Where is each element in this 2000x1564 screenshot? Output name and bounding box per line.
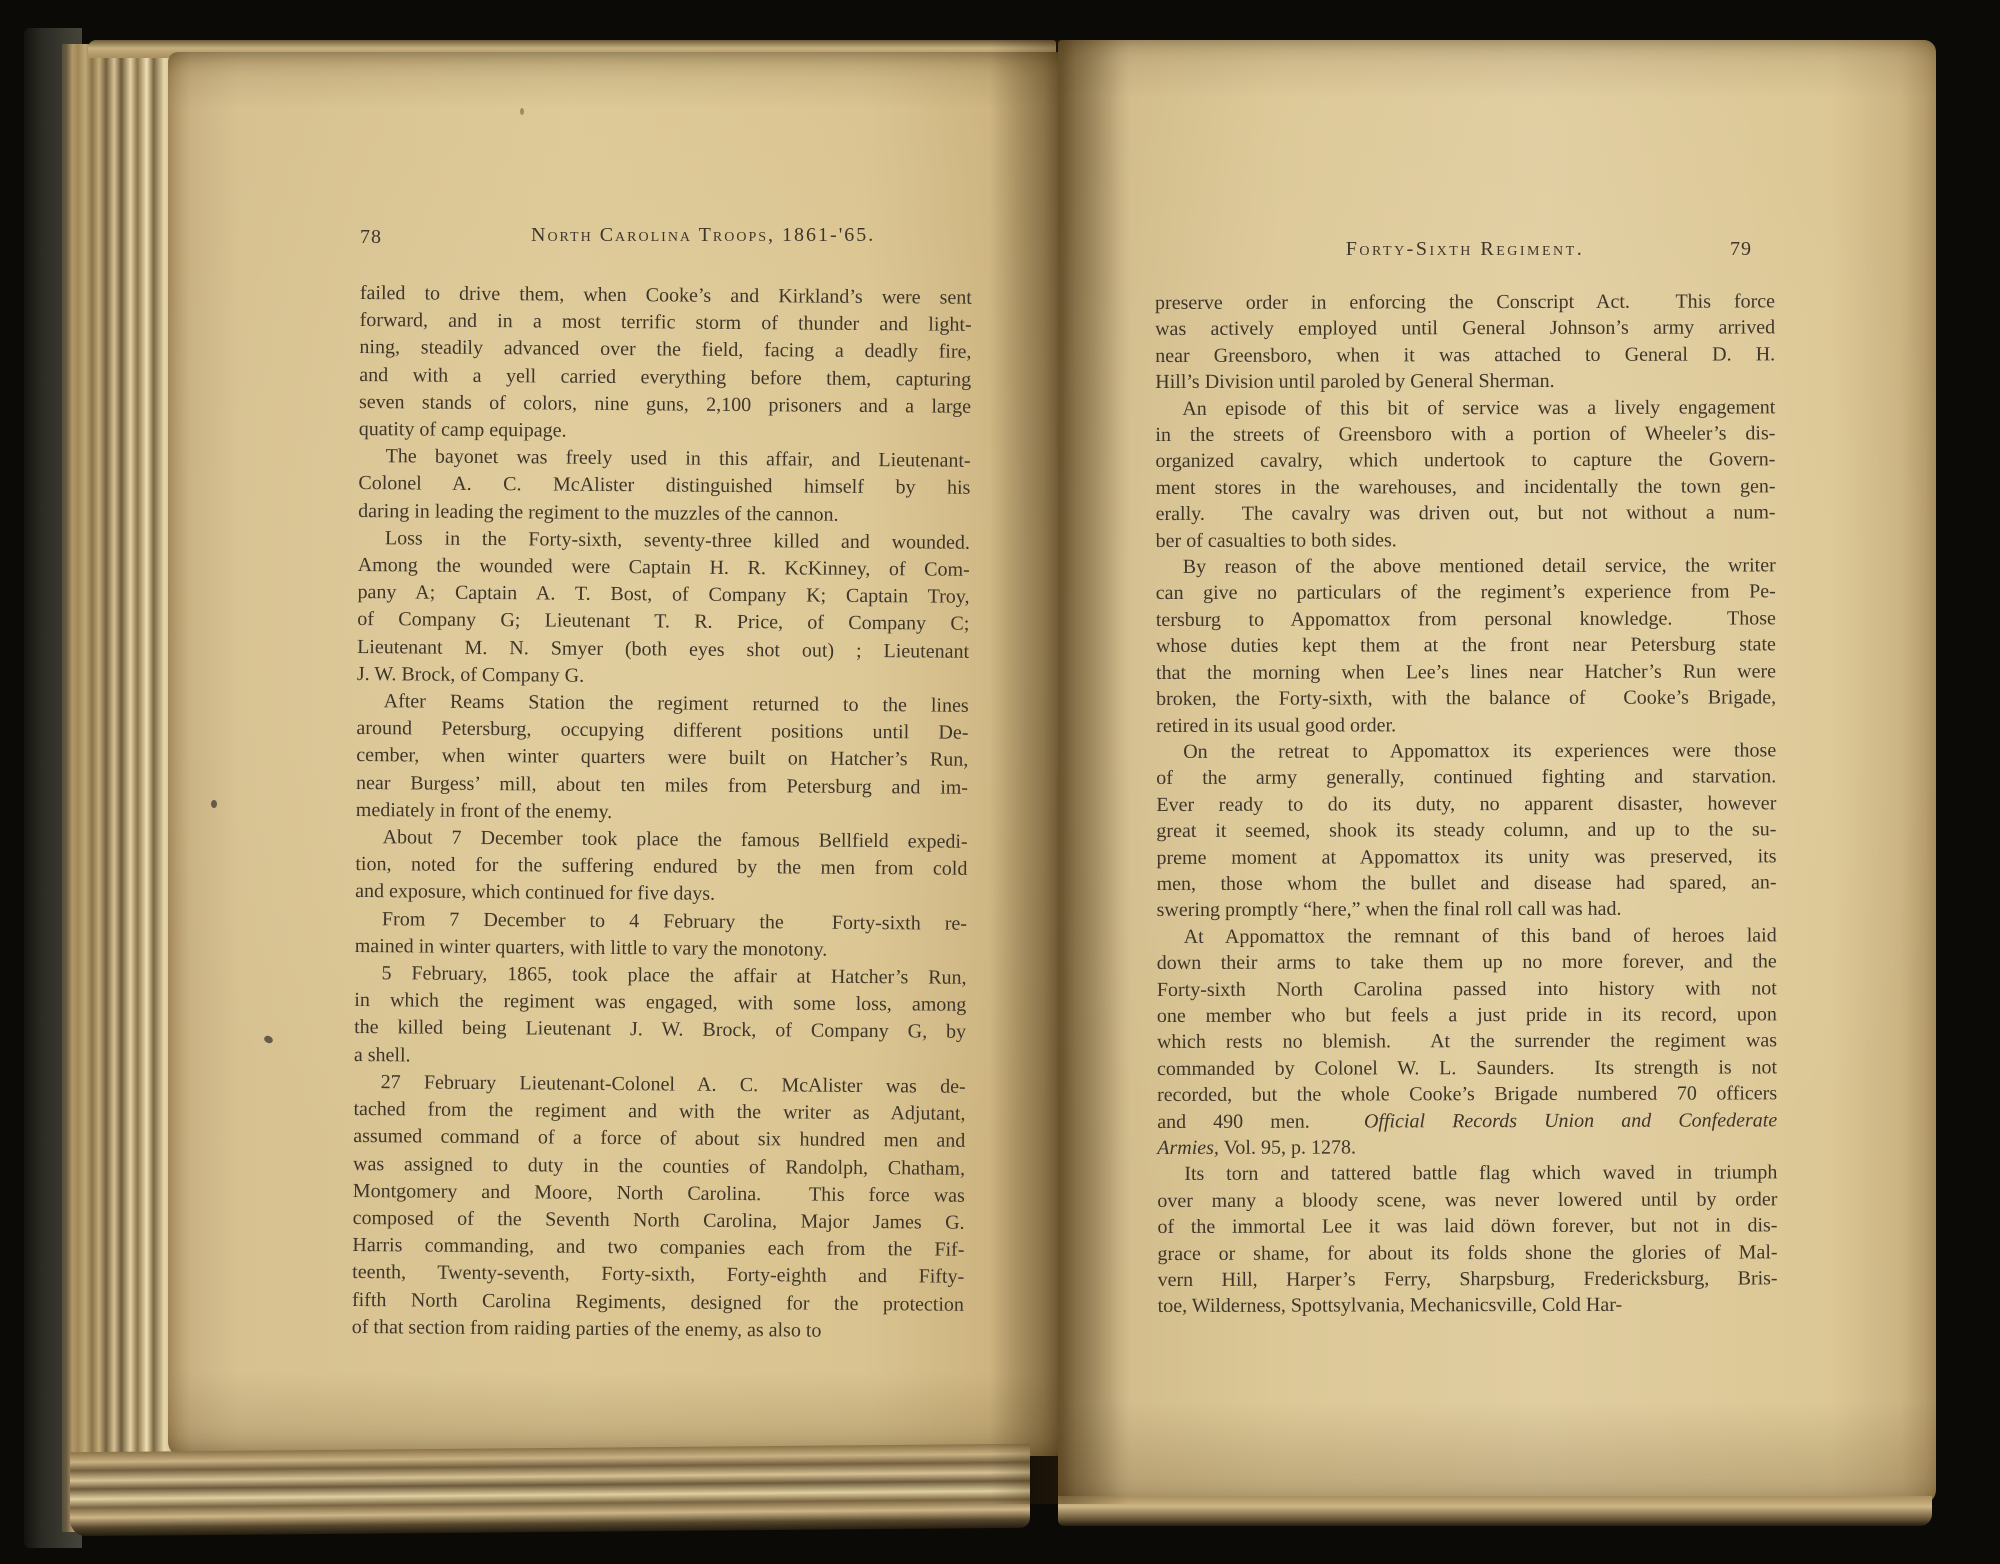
left-running-head: North Carolina Troops, 1861-'65. bbox=[531, 224, 875, 247]
text-line: in the streets of Greensboro with a port… bbox=[1155, 420, 1775, 448]
page-bottom-edge-right bbox=[1058, 1496, 1932, 1526]
paragraph: About 7 December took place the famous B… bbox=[355, 824, 968, 910]
text-line: tersburg to Appomattox from personal kno… bbox=[1156, 605, 1776, 633]
text-line: of Company G; Lieutenant T. R. Price, of… bbox=[357, 606, 969, 638]
ink-speck bbox=[211, 800, 217, 808]
text-line: one member who but feels a just pride in… bbox=[1157, 1001, 1777, 1029]
left-page-number: 78 bbox=[360, 226, 382, 249]
stacked-page-bottom-edges-left bbox=[70, 1444, 1030, 1536]
paragraph: An episode of this bit of service was a … bbox=[1155, 394, 1775, 554]
text-line: preme moment at Appomattox its unity was… bbox=[1156, 843, 1776, 871]
text-line: and exposure, which continued for five d… bbox=[355, 878, 967, 910]
paragraph: Its torn and tattered battle flag which … bbox=[1157, 1160, 1777, 1320]
paragraph: The bayonet was freely used in this affa… bbox=[358, 443, 971, 529]
text-line: whose duties kept them at the front near… bbox=[1156, 632, 1776, 660]
paragraph: By reason of the above mentioned detail … bbox=[1156, 552, 1776, 738]
text-line: organized cavalry, which undertook to ca… bbox=[1155, 447, 1775, 475]
ink-speck bbox=[520, 108, 524, 115]
text-line: can give no particulars of the regiment’… bbox=[1156, 579, 1776, 607]
text-line: Armies, Vol. 95, p. 1278. bbox=[1157, 1133, 1777, 1161]
text-line: Colonel A. C. McAlister distinguished hi… bbox=[358, 470, 970, 502]
text-line: near Greensboro, when it was attached to… bbox=[1155, 341, 1775, 369]
text-line: preserve order in enforcing the Conscrip… bbox=[1155, 288, 1775, 316]
text-line: vern Hill, Harper’s Ferry, Sharpsburg, F… bbox=[1158, 1265, 1778, 1293]
text-line: broken, the Forty-sixth, with the balanc… bbox=[1156, 684, 1776, 712]
text-line: Ever ready to do its duty, no apparent d… bbox=[1156, 790, 1776, 818]
paragraph: preserve order in enforcing the Conscrip… bbox=[1155, 288, 1775, 395]
paragraph: Loss in the Forty-sixth, seventy-three k… bbox=[357, 525, 970, 693]
paragraph: At Appomattox the remnant of this band o… bbox=[1157, 922, 1778, 1161]
text-line: retired in its usual good order. bbox=[1156, 711, 1776, 739]
text-line: which rests no blemish. At the surrender… bbox=[1157, 1028, 1777, 1056]
right-running-head: Forty-Sixth Regiment. bbox=[1155, 238, 1775, 261]
paragraph: From 7 December to 4 February the Forty-… bbox=[355, 906, 967, 965]
paragraph: After Reams Station the regiment returne… bbox=[356, 688, 969, 829]
text-line: swering promptly “here,” when the final … bbox=[1157, 896, 1777, 924]
text-line: ber of casualties to both sides. bbox=[1156, 526, 1776, 554]
paragraph: 27 February Lieutenant-Colonel A. C. McA… bbox=[352, 1069, 966, 1346]
text-line: down their arms to take them up no more … bbox=[1157, 949, 1777, 977]
paragraph: failed to drive them, when Cooke’s and K… bbox=[359, 280, 972, 448]
text-line: recorded, but the whole Cooke’s Brigade … bbox=[1157, 1081, 1777, 1109]
text-line: and 490 men. Official Records Union and … bbox=[1157, 1107, 1777, 1135]
text-line: ning, steadily advanced over the field, … bbox=[359, 334, 971, 366]
text-line: By reason of the above mentioned detail … bbox=[1156, 552, 1776, 580]
stacked-page-fore-edges bbox=[62, 44, 178, 1532]
text-line: Hill’s Division until paroled by General… bbox=[1155, 368, 1775, 396]
text-line: grace or shame, for about its folds shon… bbox=[1157, 1239, 1777, 1267]
text-line: of the immortal Lee it was laid döwn fo… bbox=[1157, 1213, 1777, 1241]
open-book-photo: 78 North Carolina Troops, 1861-'65. 79 F… bbox=[0, 0, 2000, 1564]
text-line: Forty-sixth North Carolina passed into h… bbox=[1157, 975, 1777, 1003]
text-line: men, those whom the bullet and disease h… bbox=[1157, 869, 1777, 897]
text-line: great it seemed, shook its steady column… bbox=[1156, 817, 1776, 845]
text-line: ment stores in the warehouses, and incid… bbox=[1155, 473, 1775, 501]
text-line: assumed command of a force of about six … bbox=[353, 1123, 965, 1155]
text-line: of that section from raiding parties of … bbox=[352, 1314, 964, 1346]
text-line: Its torn and tattered battle flag which … bbox=[1157, 1160, 1777, 1188]
left-page-text: failed to drive them, when Cooke’s and K… bbox=[352, 280, 972, 1346]
text-line: teenth, Twenty-seventh, Forty-sixth, For… bbox=[352, 1259, 964, 1291]
text-line: erally. The cavalry was driven out, but … bbox=[1156, 500, 1776, 528]
text-line: was actively employed until General John… bbox=[1155, 315, 1775, 343]
text-line: At Appomattox the remnant of this band o… bbox=[1157, 922, 1777, 950]
text-line: cember, when winter quarters were built … bbox=[356, 742, 968, 774]
text-line: was assigned to duty in the counties of … bbox=[353, 1150, 965, 1182]
text-line: of the army generally, continued fightin… bbox=[1156, 764, 1776, 792]
text-line: the killed being Lieutenant J. W. Brock,… bbox=[354, 1014, 966, 1046]
text-line: over many a bloody scene, was never lowe… bbox=[1157, 1186, 1777, 1214]
text-line: commanded by Colonel W. L. Saunders. Its… bbox=[1157, 1054, 1777, 1082]
text-line: toe, Wilderness, Spottsylvania, Mechanic… bbox=[1158, 1292, 1778, 1320]
paragraph: On the retreat to Appomattox its experie… bbox=[1156, 737, 1776, 923]
text-line: An episode of this bit of service was a … bbox=[1155, 394, 1775, 422]
paragraph: 5 February, 1865, took place the affair … bbox=[354, 960, 967, 1074]
right-page-text: preserve order in enforcing the Conscrip… bbox=[1155, 288, 1778, 1319]
text-line: On the retreat to Appomattox its experie… bbox=[1156, 737, 1776, 765]
text-line: that the morning when Lee’s lines near H… bbox=[1156, 658, 1776, 686]
